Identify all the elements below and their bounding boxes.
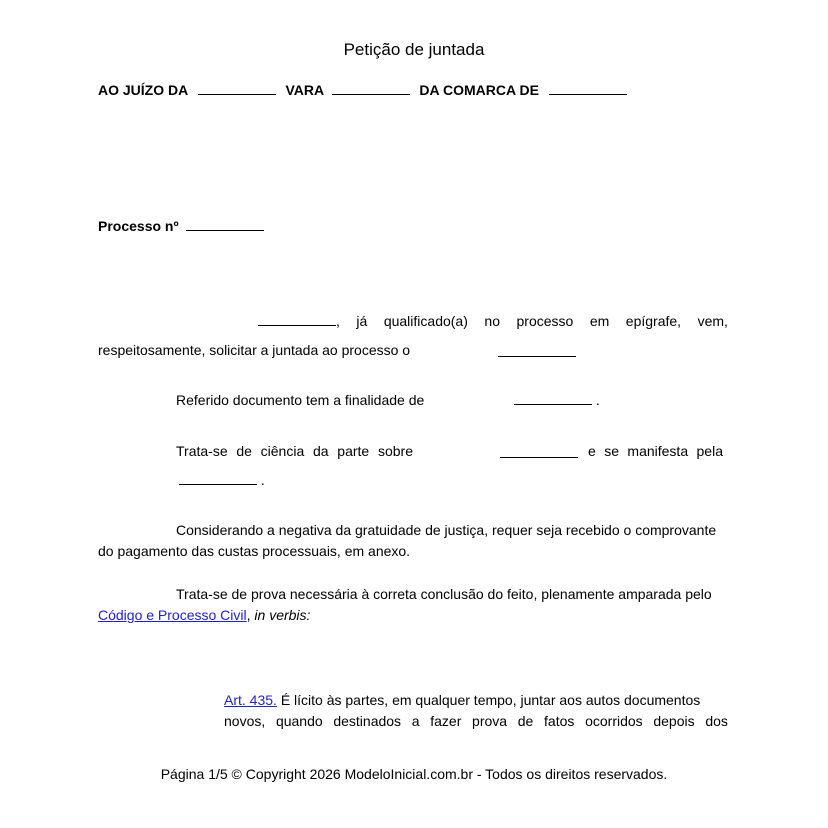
word: manifesta — [627, 443, 688, 459]
paragraph-1-line-1: , já qualificado(a) no processo em epígr… — [258, 313, 728, 329]
paragraph-3-line-1b: e se manifesta pela — [588, 443, 723, 459]
blank-field — [498, 344, 576, 357]
court-header: AO JUÍZO DA VARA DA COMARCA DE — [98, 82, 627, 98]
in-verbis: in verbis: — [254, 607, 310, 623]
paragraph-5-line-1: Trata-se de prova necessária à correta c… — [176, 586, 712, 602]
word: e — [588, 443, 596, 459]
quote-text: É lícito às partes, em qualquer tempo, j… — [281, 692, 700, 708]
blank-field — [514, 392, 592, 405]
word: novos, — [224, 713, 265, 729]
word: destinados — [333, 713, 401, 729]
word: parte — [337, 443, 369, 459]
paragraph-1-line-2: respeitosamente, solicitar a juntada ao … — [98, 342, 410, 358]
word: em — [590, 313, 609, 329]
blank-field — [179, 472, 257, 485]
period: . — [596, 392, 600, 408]
period: . — [261, 472, 265, 488]
paragraph-4-line-2: do pagamento das custas processuais, em … — [98, 543, 410, 559]
codigo-processo-civil-link[interactable]: Código e Processo Civil — [98, 607, 247, 623]
word: a — [412, 713, 420, 729]
blank-field — [186, 218, 264, 231]
word: Trata-se — [176, 443, 228, 459]
word: no — [484, 313, 500, 329]
word: sobre — [378, 443, 413, 459]
processo-label: Processo nº — [98, 218, 179, 234]
paragraph-3-line-1a: Trata-se de ciência da parte sobre — [176, 443, 413, 459]
paragraph-2: Referido documento tem a finalidade de — [176, 392, 424, 408]
header-prefix: AO JUÍZO DA — [98, 82, 188, 98]
comma: , — [336, 313, 340, 329]
word: ciência — [261, 443, 305, 459]
word: se — [604, 443, 619, 459]
blank-field — [198, 82, 276, 95]
document-title: Petição de juntada — [0, 40, 828, 60]
word: quando — [276, 713, 323, 729]
blank-field — [258, 313, 336, 326]
paragraph-2-blank: . — [514, 392, 600, 408]
text: respeitosamente, solicitar a juntada ao … — [98, 342, 410, 358]
word: fatos — [544, 713, 574, 729]
paragraph-4-line-1: Considerando a negativa da gratuidade de… — [176, 522, 728, 538]
word: já — [356, 313, 367, 329]
blank-field — [500, 445, 578, 458]
word: vem, — [698, 313, 728, 329]
blank-field — [549, 82, 627, 95]
word: da — [313, 443, 329, 459]
quote-line-1: Art. 435. É lícito às partes, em qualque… — [224, 692, 700, 708]
word: de — [518, 713, 534, 729]
word: de — [236, 443, 252, 459]
paragraph-5-line-2: Código e Processo Civil, in verbis: — [98, 607, 310, 623]
quote-line-2: novos, quando destinados a fazer prova d… — [224, 713, 728, 729]
paragraph-3-line-2: . — [179, 472, 265, 488]
word: depois — [653, 713, 694, 729]
word: epígrafe, — [626, 313, 681, 329]
blank-field — [332, 82, 410, 95]
header-vara: VARA — [286, 82, 324, 98]
word: pela — [697, 443, 723, 459]
word: qualificado(a) — [384, 313, 468, 329]
page-footer: Página 1/5 © Copyright 2026 ModeloInicia… — [0, 766, 828, 782]
art-435-link[interactable]: Art. 435. — [224, 692, 277, 708]
word: fazer — [430, 713, 461, 729]
processo-line: Processo nº — [98, 218, 264, 234]
header-comarca: DA COMARCA DE — [419, 82, 539, 98]
word: ocorridos — [585, 713, 643, 729]
word: processo — [517, 313, 574, 329]
word: dos — [705, 713, 728, 729]
word: prova — [472, 713, 507, 729]
